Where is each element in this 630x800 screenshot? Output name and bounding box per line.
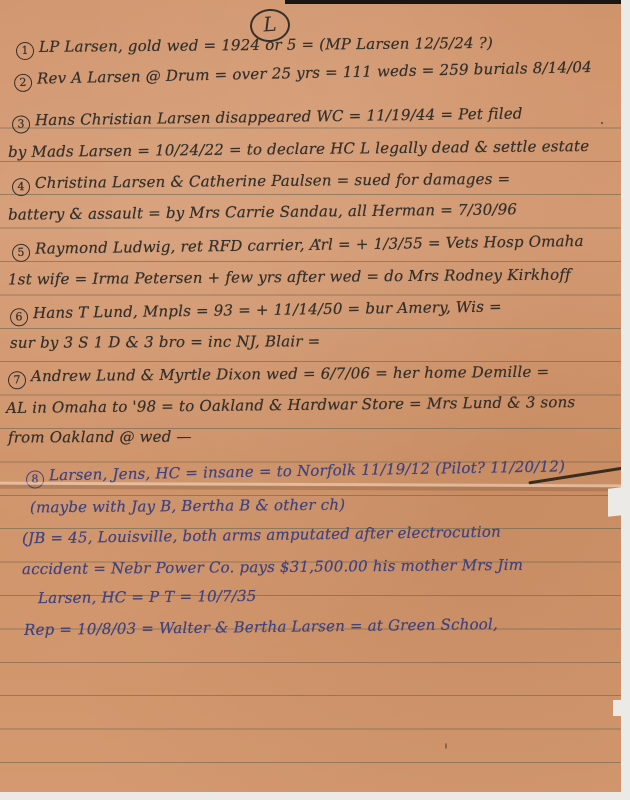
item-number: 3	[12, 115, 30, 133]
line-text: Rev A Larsen @ Drum = over 25 yrs = 111 …	[37, 58, 592, 88]
line-text: Christina Larsen & Catherine Paulsen = s…	[35, 170, 511, 192]
torn-edge-notch	[608, 487, 622, 516]
line-text: Larsen, HC = P T = 10/7/35	[38, 587, 257, 607]
paper-speck	[445, 743, 447, 749]
line-text: sur by 3 S 1 D & 3 bro = inc NJ, Blair =	[10, 332, 321, 352]
paper-speck	[318, 239, 321, 242]
handwritten-line: sur by 3 S 1 D & 3 bro = inc NJ, Blair =	[10, 332, 321, 352]
line-text: from Oakland @ wed —	[8, 428, 192, 447]
torn-edge-notch	[613, 700, 622, 716]
scan-edge-top	[285, 0, 630, 4]
item-number: 6	[10, 308, 28, 326]
line-text: (maybe with Jay B, Bertha B & other ch)	[30, 496, 345, 517]
handwritten-line: 4Christina Larsen & Catherine Paulsen = …	[12, 170, 511, 196]
item-number: 7	[8, 371, 26, 389]
notebook-page: L 1LP Larsen, gold wed = 1924 or 5 = (MP…	[0, 0, 621, 793]
handwritten-line: 1LP Larsen, gold wed = 1924 or 5 = (MP L…	[16, 34, 493, 60]
handwritten-line: Larsen, HC = P T = 10/7/35	[38, 587, 257, 607]
scanned-document: L 1LP Larsen, gold wed = 1924 or 5 = (MP…	[0, 0, 630, 800]
handwritten-line: (maybe with Jay B, Bertha B & other ch)	[30, 496, 345, 517]
line-text: LP Larsen, gold wed = 1924 or 5 = (MP La…	[39, 34, 493, 56]
handwritten-line: from Oakland @ wed —	[8, 428, 192, 447]
handwritten-line: 7Andrew Lund & Myrtle Dixon wed = 6/7/06…	[8, 363, 549, 390]
line-text: Andrew Lund & Myrtle Dixon wed = 6/7/06 …	[31, 363, 549, 386]
page-label: L	[262, 12, 277, 37]
scan-background-bottom	[0, 792, 630, 800]
paper-speck	[601, 122, 603, 124]
item-number: 5	[12, 244, 30, 262]
item-number: 2	[14, 74, 32, 92]
item-number: 1	[16, 42, 34, 60]
scan-background-right	[621, 0, 630, 800]
handwritten-line: 2Rev A Larsen @ Drum = over 25 yrs = 111…	[14, 58, 592, 92]
item-number: 4	[12, 178, 30, 196]
